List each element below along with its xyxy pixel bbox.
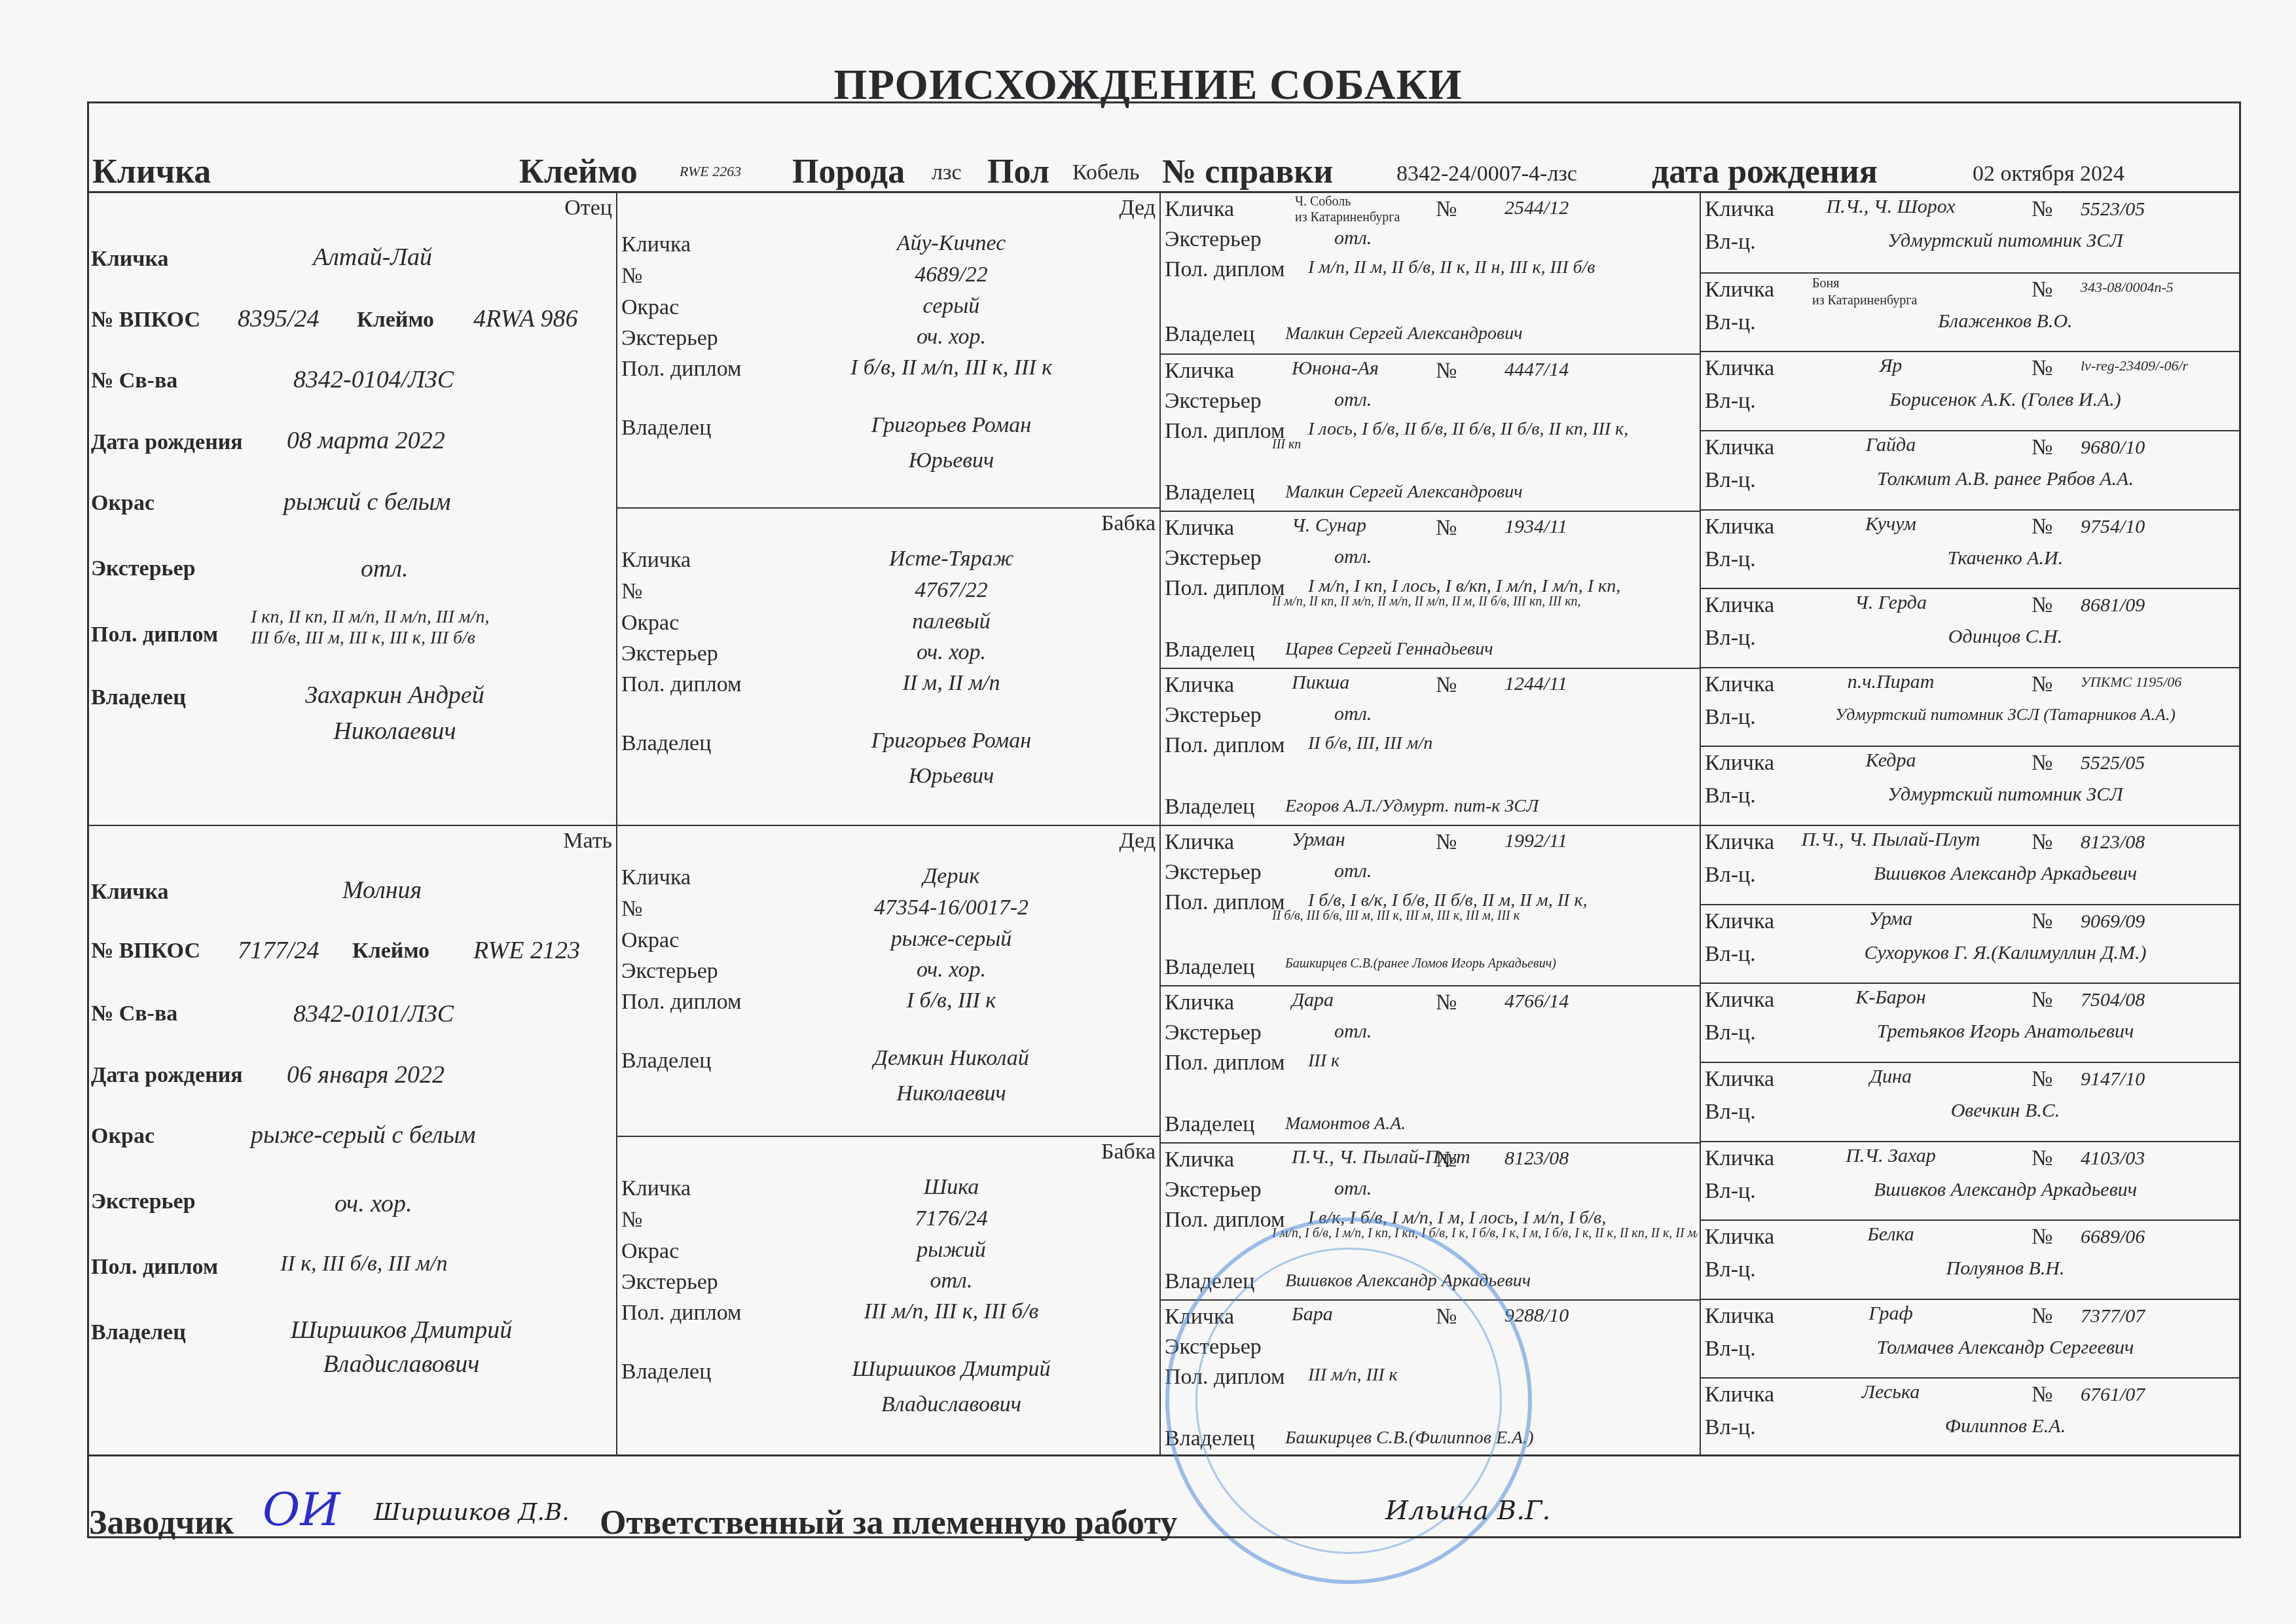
role-label: Мать	[563, 829, 612, 854]
field-label: Кличка	[1165, 359, 1234, 384]
number-value: 6689/06	[2081, 1226, 2145, 1248]
mother-card: Мать Кличка Молния № ВПКОС 7177/24 Клейм…	[87, 825, 616, 1456]
field-label: Пол. диплом	[621, 990, 742, 1015]
role-label: Дед	[1119, 196, 1156, 221]
exterior-value: отл.	[1334, 1020, 1372, 1043]
field-label: Пол. диплом	[1165, 733, 1285, 758]
owner-value: Борисенок А.К. (Голев И.А.)	[1773, 389, 2238, 411]
field-label: Владелец	[1165, 795, 1254, 820]
name-value: из Катариненбурга	[1812, 293, 1917, 308]
field-label: №	[621, 579, 642, 604]
owner-value: Григорьев Роман	[781, 729, 1121, 753]
field-label: №	[2032, 356, 2052, 381]
field-label: №	[621, 1208, 642, 1233]
dob-value: 02 октября 2024	[1973, 162, 2124, 187]
breeder-signature-mark: ОИ	[263, 1483, 340, 1536]
field-label: Вл-ц.	[1705, 468, 1756, 493]
name-value: Белка	[1793, 1223, 1989, 1246]
responsible-signature: Ильина В.Г.	[1385, 1496, 1550, 1526]
great-great-grandparents-column: КличкаП.Ч., Ч. Шорох№5523/05Вл-ц.Удмуртс…	[1701, 193, 2241, 1456]
father-owner: Захаркин Андрей	[231, 681, 558, 710]
exterior-value: отл.	[1334, 860, 1372, 882]
field-label: Пол. диплом	[1165, 419, 1285, 444]
field-value: 4689/22	[801, 262, 1102, 287]
role-label: Дед	[1119, 829, 1156, 854]
field-label: Кличка	[1165, 1147, 1234, 1172]
owner-value: Филиппов Е.А.	[1773, 1415, 2238, 1437]
field-label: № Св-ва	[91, 1001, 177, 1026]
field-value: оч. хор.	[801, 958, 1102, 983]
diploma-value: III м/п, III к	[1308, 1365, 1398, 1386]
name-label: Кличка	[92, 153, 211, 191]
great-grandparents-column: КличкаЧ. Собольиз Катариненбурга№2544/12…	[1161, 193, 1701, 1456]
field-label: Дата рождения	[91, 1063, 243, 1088]
field-label: №	[2032, 1225, 2052, 1250]
ancestor-card: КличкаП.Ч. Захар№4103/03Вл-ц.Вшивков Але…	[1701, 1141, 2241, 1220]
field-label: Владелец	[1165, 1426, 1254, 1451]
field-label: Кличка	[1705, 1146, 1774, 1171]
owner-value: Егоров А.Л./Удмурт. пит-к ЗСЛ	[1285, 796, 1539, 817]
name-value: Граф	[1793, 1303, 1989, 1325]
field-label: Кличка	[621, 232, 691, 257]
field-label: Вл-ц.	[1705, 230, 1756, 255]
field-label: Экстерьер	[1165, 1335, 1262, 1360]
field-label: Владелец	[621, 1049, 711, 1074]
field-label: Пол. диплом	[621, 1301, 742, 1326]
responsible-label: Ответственный за племенную работу	[600, 1504, 1177, 1542]
owner-value: Удмуртский питомник ЗСЛ	[1773, 784, 2238, 806]
ancestor-card: КличкаБоняиз Катариненбурга№343-08/0004п…	[1701, 272, 2241, 352]
field-label: Вл-ц.	[1705, 1179, 1756, 1204]
field-label: Пол. диплом	[1165, 890, 1285, 915]
number-value: 9754/10	[2081, 516, 2145, 538]
name-value: К-Барон	[1793, 986, 1989, 1009]
field-value: рыже-серый	[801, 927, 1102, 952]
diploma-value: II б/в, III, III м/п	[1308, 733, 1432, 754]
field-label: Владелец	[621, 416, 711, 441]
name-value: Урман	[1292, 829, 1345, 851]
owner-value: Овечкин В.С.	[1773, 1100, 2238, 1122]
field-label: Кличка	[1705, 197, 1774, 222]
field-label: Кличка	[1705, 1225, 1774, 1250]
owner-value: Мамонтов А.А.	[1285, 1113, 1406, 1134]
mother-owner: Владиславович	[244, 1350, 558, 1379]
field-label: Владелец	[91, 1320, 186, 1345]
role-label: Бабка	[1101, 511, 1156, 536]
field-label: №	[1436, 197, 1457, 222]
field-label: № ВПКОС	[91, 939, 200, 964]
field-label: Кличка	[621, 548, 691, 573]
name-value: Юнона-Ая	[1292, 357, 1379, 380]
field-label: Пол. диплом	[621, 672, 742, 697]
field-label: №	[2032, 1382, 2052, 1407]
field-label: №	[2032, 1304, 2052, 1329]
grandparent-card: БабкаКличкаШика№7176/24ОкрасрыжийЭкстерь…	[617, 1136, 1159, 1456]
field-label: Вл-ц.	[1705, 1257, 1756, 1282]
owner-value: Вшивков Александр Аркадьевич	[1285, 1271, 1531, 1291]
field-value: Исте-Тяраж	[801, 547, 1102, 571]
number-value: 9680/10	[2081, 437, 2145, 459]
field-label: Вл-ц.	[1705, 389, 1756, 414]
owner-value: Григорьев Роман	[781, 413, 1121, 438]
father-cert: 8342-0104/ЛЗС	[293, 365, 454, 394]
field-value: Шика	[801, 1175, 1102, 1200]
field-label: Экстерьер	[621, 1270, 718, 1295]
field-label: Владелец	[1165, 638, 1254, 662]
dob-label: дата рождения	[1652, 153, 1878, 191]
father-color: рыжий с белым	[283, 488, 451, 516]
field-value: 7176/24	[801, 1206, 1102, 1231]
field-label: Кличка	[1165, 830, 1234, 855]
field-label: №	[621, 264, 642, 289]
field-label: № ВПКОС	[91, 308, 200, 333]
owner-value: Третьяков Игорь Анатольевич	[1773, 1020, 2238, 1043]
ancestor-card: КличкаУрма№9069/09Вл-ц.Сухоруков Г. Я.(К…	[1701, 904, 2241, 983]
grandparents-column: ДедКличкаАйу-Кичпес№4689/22ОкрассерыйЭкс…	[617, 193, 1161, 1456]
field-label: №	[1436, 990, 1457, 1015]
owner-value: Вшивков Александр Аркадьевич	[1773, 863, 2238, 885]
field-label: Окрас	[91, 491, 155, 516]
name-value: Урма	[1793, 908, 1989, 930]
field-label: №	[2032, 1067, 2052, 1092]
diploma-value: I м/п, I б/в, I м/п, I кп, I кп, I б/в, …	[1272, 1226, 1698, 1241]
field-label: Вл-ц.	[1705, 705, 1756, 730]
role-label: Бабка	[1101, 1140, 1156, 1164]
field-label: Владелец	[1165, 955, 1254, 980]
field-label: №	[1436, 830, 1457, 855]
field-label: Окрас	[91, 1124, 155, 1149]
field-label: Пол. диплом	[91, 623, 218, 647]
name-value: Яр	[1793, 355, 1989, 377]
field-value: серый	[801, 294, 1102, 319]
field-label: Пол. диплом	[621, 357, 742, 382]
ancestor-card: КличкаЛеська№6761/07Вл-ц.Филиппов Е.А.	[1701, 1377, 2241, 1456]
field-label: Пол. диплом	[1165, 1051, 1285, 1075]
field-label: Экстерьер	[1165, 546, 1262, 571]
puppy-header: Кличка Клеймо RWE 2263 Порода лзс Пол Ко…	[87, 101, 2241, 193]
great-grandparent-card: КличкаДара№4766/14Экстерьеротл.Пол. дипл…	[1161, 985, 1700, 1142]
field-value: 47354-16/0017-2	[801, 895, 1102, 920]
field-label: Кличка	[1705, 909, 1774, 934]
cert-label: № справки	[1162, 153, 1333, 191]
field-label: №	[2032, 672, 2052, 697]
number-value: 1934/11	[1504, 516, 1567, 538]
field-value: III м/п, III к, III б/в	[801, 1299, 1102, 1324]
grandparent-card: ДедКличкаДерик№47354-16/0017-2Окрасрыже-…	[617, 825, 1159, 1136]
field-label: Экстерьер	[621, 959, 718, 984]
mother-dob: 06 января 2022	[287, 1060, 445, 1089]
number-value: 6761/07	[2081, 1384, 2145, 1406]
field-label: Экстерьер	[621, 641, 718, 666]
field-label: Кличка	[1705, 1382, 1774, 1407]
field-label: Кличка	[1165, 673, 1234, 698]
owner-value: Толмачев Александр Сергеевич	[1773, 1337, 2238, 1359]
name-value: Бара	[1292, 1303, 1333, 1326]
owner-value: Малкин Сергей Александрович	[1285, 323, 1523, 344]
exterior-value: отл.	[1334, 546, 1372, 568]
great-grandparent-card: КличкаЮнона-Ая№4447/14Экстерьеротл.Пол. …	[1161, 353, 1700, 511]
field-label: Клеймо	[352, 939, 429, 964]
number-value: 8681/09	[2081, 594, 2145, 617]
owner-value: Сухоруков Г. Я.(Калимуллин Д.М.)	[1773, 942, 2238, 964]
grandparent-card: БабкаКличкаИсте-Тяраж№4767/22Окраспалевы…	[617, 507, 1159, 825]
field-value: отл.	[801, 1269, 1102, 1293]
field-label: Экстерьер	[1165, 389, 1262, 414]
field-label: Кличка	[1165, 990, 1234, 1015]
field-label: Вл-ц.	[1705, 547, 1756, 572]
field-label: Кличка	[621, 865, 691, 890]
field-label: Владелец	[1165, 1269, 1254, 1294]
great-grandparent-card: КличкаУрман№1992/11Экстерьеротл.Пол. дип…	[1161, 825, 1700, 985]
ancestor-card: КличкаЯр№lv-reg-23409/-06/rВл-ц.Борисено…	[1701, 351, 2241, 430]
number-value: 1992/11	[1504, 830, 1567, 852]
field-label: №	[1436, 1147, 1457, 1172]
owner-value: Блаженков В.О.	[1773, 310, 2238, 333]
name-value: из Катариненбурга	[1295, 210, 1400, 225]
field-label: Кличка	[621, 1176, 691, 1201]
father-brand: 4RWA 986	[473, 304, 578, 333]
field-value: I б/в, III к	[801, 988, 1102, 1013]
field-label: Кличка	[1705, 435, 1774, 460]
field-label: Экстерьер	[1165, 227, 1262, 252]
field-label: Вл-ц.	[1705, 626, 1756, 651]
name-value: П.Ч., Ч. Шорох	[1793, 196, 1989, 218]
number-value: 8123/08	[1504, 1147, 1569, 1170]
field-label: Кличка	[1705, 1067, 1774, 1092]
breed-value: лзс	[932, 160, 962, 185]
name-value: Ч. Сунар	[1292, 514, 1366, 537]
field-value: оч. хор.	[801, 640, 1102, 665]
diploma-value: II б/в, III б/в, III м, III к, III м, II…	[1272, 909, 1520, 924]
great-grandparent-card: КличкаЧ. Собольиз Катариненбурга№2544/12…	[1161, 193, 1700, 353]
name-value: Ч. Герда	[1793, 592, 1989, 614]
field-label: Экстерьер	[1165, 703, 1262, 728]
breed-label: Порода	[792, 153, 905, 191]
field-label: Вл-ц.	[1705, 1415, 1756, 1440]
name-value: п.ч.Пират	[1793, 671, 1989, 693]
field-label: Кличка	[1705, 751, 1774, 776]
great-grandparent-card: КличкаПикша№1244/11Экстерьеротл.Пол. дип…	[1161, 668, 1700, 825]
field-value: Айу-Кичпес	[801, 231, 1102, 256]
field-label: Экстерьер	[1165, 860, 1262, 885]
field-label: Клеймо	[357, 308, 434, 333]
field-label: Экстерьер	[1165, 1178, 1262, 1202]
field-label: Кличка	[1705, 278, 1774, 302]
field-label: Окрас	[621, 611, 679, 636]
field-label: Вл-ц.	[1705, 863, 1756, 888]
name-value: Кучум	[1793, 513, 1989, 535]
field-label: Кличка	[1705, 593, 1774, 618]
ancestor-card: Кличкап.ч.Пират№УПКМС 1195/06Вл-ц.Удмурт…	[1701, 667, 2241, 746]
diploma-value: III к	[1308, 1051, 1339, 1072]
mother-cert: 8342-0101/ЛЗС	[293, 1000, 454, 1028]
ancestor-card: КличкаП.Ч., Ч. Пылай-Плут№8123/08Вл-ц.Вш…	[1701, 825, 2241, 904]
field-label: Пол. диплом	[1165, 1365, 1285, 1390]
field-label: Вл-ц.	[1705, 942, 1756, 967]
number-value: 2544/12	[1504, 197, 1569, 219]
field-label: №	[2032, 1146, 2052, 1171]
owner-value: Демкин Николай	[781, 1046, 1121, 1071]
field-label: Пол. диплом	[1165, 257, 1285, 282]
field-label: Кличка	[1705, 514, 1774, 539]
mother-name: Молния	[342, 876, 422, 905]
father-owner: Николаевич	[231, 717, 558, 746]
field-label: Владелец	[91, 685, 186, 710]
diploma-value: III кп	[1272, 437, 1301, 452]
diploma-value: I лось, I б/в, II б/в, II б/в, II б/в, I…	[1308, 419, 1628, 440]
owner-value: Удмуртский питомник ЗСЛ	[1773, 230, 2238, 252]
mother-color: рыже-серый с белым	[251, 1121, 476, 1149]
mother-brand: RWE 2123	[473, 936, 580, 965]
father-card: Отец Кличка Алтай-Лай № ВПКОС 8395/24 Кл…	[87, 193, 616, 825]
number-value: 7377/07	[2081, 1305, 2145, 1327]
field-label: Кличка	[1165, 516, 1234, 541]
field-label: Окрас	[621, 1239, 679, 1264]
name-value: Ч. Соболь	[1295, 194, 1351, 209]
field-label: №	[2032, 830, 2052, 855]
signature-footer: Заводчик ОИ Ширшиков Д.В. Ответственный …	[87, 1456, 2241, 1538]
field-label: Владелец	[1165, 322, 1254, 347]
name-value: Дара	[1292, 989, 1334, 1011]
field-label: №	[2032, 514, 2052, 539]
number-value: 4447/14	[1504, 359, 1569, 381]
ancestor-card: КличкаГраф№7377/07Вл-ц.Толмачев Александ…	[1701, 1299, 2241, 1378]
name-value: Кедра	[1793, 749, 1989, 772]
breeder-label: Заводчик	[89, 1504, 234, 1542]
field-label: Вл-ц.	[1705, 1100, 1756, 1125]
field-label: №	[1436, 359, 1457, 384]
owner-value: Одинцов С.Н.	[1773, 626, 2238, 648]
field-label: №	[2032, 593, 2052, 618]
field-label: №	[1436, 516, 1457, 541]
field-label: №	[1436, 1305, 1457, 1329]
sex-value: Кобель	[1072, 160, 1139, 185]
breeder-signature: Ширшиков Д.В.	[374, 1499, 570, 1526]
number-value: 9069/09	[2081, 911, 2145, 933]
field-label: №	[621, 897, 642, 922]
field-label: Экстерьер	[1165, 1020, 1262, 1045]
mother-owner: Ширшиков Дмитрий	[244, 1316, 558, 1344]
number-value: 4766/14	[1504, 990, 1569, 1013]
mother-diploma: II к, III б/в, III м/п	[280, 1252, 447, 1276]
father-name: Алтай-Лай	[313, 243, 432, 272]
owner-value: Ткаченко А.И.	[1773, 547, 2238, 569]
mother-vpkos: 7177/24	[238, 936, 319, 965]
grandparent-card: ДедКличкаАйу-Кичпес№4689/22ОкрассерыйЭкс…	[617, 193, 1159, 507]
cert-value: 8342-24/0007-4-лзс	[1396, 162, 1577, 187]
owner-value: Удмуртский питомник ЗСЛ (Татарников А.А.…	[1773, 705, 2238, 725]
ancestor-card: КличкаП.Ч., Ч. Шорох№5523/05Вл-ц.Удмуртс…	[1701, 193, 2241, 272]
great-grandparent-card: КличкаЧ. Сунар№1934/11Экстерьеротл.Пол. …	[1161, 511, 1700, 668]
field-label: Пол. диплом	[1165, 1208, 1285, 1233]
exterior-value: отл.	[1334, 389, 1372, 411]
owner-value: Юрьевич	[781, 448, 1121, 473]
ancestor-card: КличкаБелка№6689/06Вл-ц.Полуянов В.Н.	[1701, 1219, 2241, 1299]
field-label: Окрас	[621, 928, 679, 953]
number-value: 7504/08	[2081, 989, 2145, 1011]
field-label: №	[1436, 673, 1457, 698]
number-value: 343-08/0004п-5	[2081, 279, 2174, 296]
field-value: рыжий	[801, 1238, 1102, 1263]
great-grandparent-card: КличкаБара№9288/10ЭкстерьерПол. дипломII…	[1161, 1299, 1700, 1456]
field-label: Пол. диплом	[1165, 576, 1285, 601]
ancestor-card: КличкаДина№9147/10Вл-ц.Овечкин В.С.	[1701, 1062, 2241, 1141]
parents-column: Отец Кличка Алтай-Лай № ВПКОС 8395/24 Кл…	[87, 193, 617, 1456]
field-label: №	[2032, 751, 2052, 776]
owner-value: Владиславович	[781, 1392, 1121, 1417]
number-value: 5525/05	[2081, 752, 2145, 774]
field-label: Кличка	[91, 247, 169, 272]
number-value: 4103/03	[2081, 1147, 2145, 1170]
field-label: Владелец	[621, 731, 711, 756]
brand-label: Клеймо	[519, 153, 638, 191]
owner-value: Юрьевич	[781, 764, 1121, 789]
field-value: 4767/22	[801, 578, 1102, 603]
number-value: 9147/10	[2081, 1068, 2145, 1091]
number-value: 9288/10	[1504, 1305, 1569, 1327]
field-label: №	[2032, 197, 2052, 222]
field-label: Кличка	[91, 880, 169, 905]
father-dob: 08 марта 2022	[287, 426, 445, 455]
field-label: Пол. диплом	[91, 1255, 218, 1280]
field-label: №	[2032, 988, 2052, 1013]
name-value: Леська	[1793, 1381, 1989, 1403]
field-value: оч. хор.	[801, 325, 1102, 350]
ancestor-card: КличкаК-Барон№7504/08Вл-ц.Третьяков Игор…	[1701, 983, 2241, 1062]
field-label: Кличка	[1705, 356, 1774, 381]
ancestor-card: КличкаЧ. Герда№8681/09Вл-ц.Одинцов С.Н.	[1701, 588, 2241, 667]
field-label: № Св-ва	[91, 369, 177, 393]
field-label: Вл-ц.	[1705, 310, 1756, 335]
field-label: Владелец	[1165, 1112, 1254, 1137]
field-value: II м, II м/п	[801, 671, 1102, 696]
owner-value: Толкмит А.В. ранее Рябов А.А.	[1773, 468, 2238, 490]
ancestor-card: КличкаГайда№9680/10Вл-ц.Толкмит А.В. ран…	[1701, 430, 2241, 509]
field-value: палевый	[801, 609, 1102, 634]
name-value: Пикша	[1292, 672, 1349, 694]
field-label: Дата рождения	[91, 430, 243, 455]
field-label: №	[2032, 435, 2052, 460]
field-label: Окрас	[621, 295, 679, 320]
owner-value: Полуянов В.Н.	[1773, 1257, 2238, 1280]
field-label: Вл-ц.	[1705, 1020, 1756, 1045]
brand-value: RWE 2263	[680, 163, 741, 180]
number-value: 8123/08	[2081, 831, 2145, 854]
name-value: П.Ч. Захар	[1793, 1145, 1989, 1167]
field-label: Вл-ц.	[1705, 1337, 1756, 1362]
mother-exterior: оч. хор.	[335, 1189, 412, 1218]
field-label: Кличка	[1705, 1304, 1774, 1329]
exterior-value: отл.	[1334, 703, 1372, 725]
father-diploma: I кп, II кп, II м/п, II м/п, III м/п,	[251, 607, 489, 628]
name-value: П.Ч., Ч. Пылай-Плут	[1793, 829, 1989, 851]
name-value: Боня	[1812, 276, 1839, 291]
field-label: Кличка	[1705, 988, 1774, 1013]
owner-value: Башкирцев С.В.(Филиппов Е.А.)	[1285, 1428, 1534, 1449]
field-label: №	[2032, 909, 2052, 934]
field-label: Вл-ц.	[1705, 784, 1756, 808]
field-label: Кличка	[1165, 1305, 1234, 1329]
diploma-value: II м/п, II кп, II м/п, II м/п, II м/п, I…	[1272, 594, 1581, 609]
great-grandparent-card: КличкаП.Ч., Ч. Пылай-Плут№8123/08Экстерь…	[1161, 1142, 1700, 1299]
role-label: Отец	[564, 196, 612, 221]
father-diploma: III б/в, III м, III к, III к, III б/в	[251, 628, 475, 649]
owner-value: Вшивков Александр Аркадьевич	[1773, 1179, 2238, 1201]
owner-value: Ширшиков Дмитрий	[781, 1357, 1121, 1382]
number-value: lv-reg-23409/-06/r	[2081, 357, 2188, 374]
field-value: Дерик	[801, 864, 1102, 889]
father-exterior: отл.	[361, 554, 409, 583]
